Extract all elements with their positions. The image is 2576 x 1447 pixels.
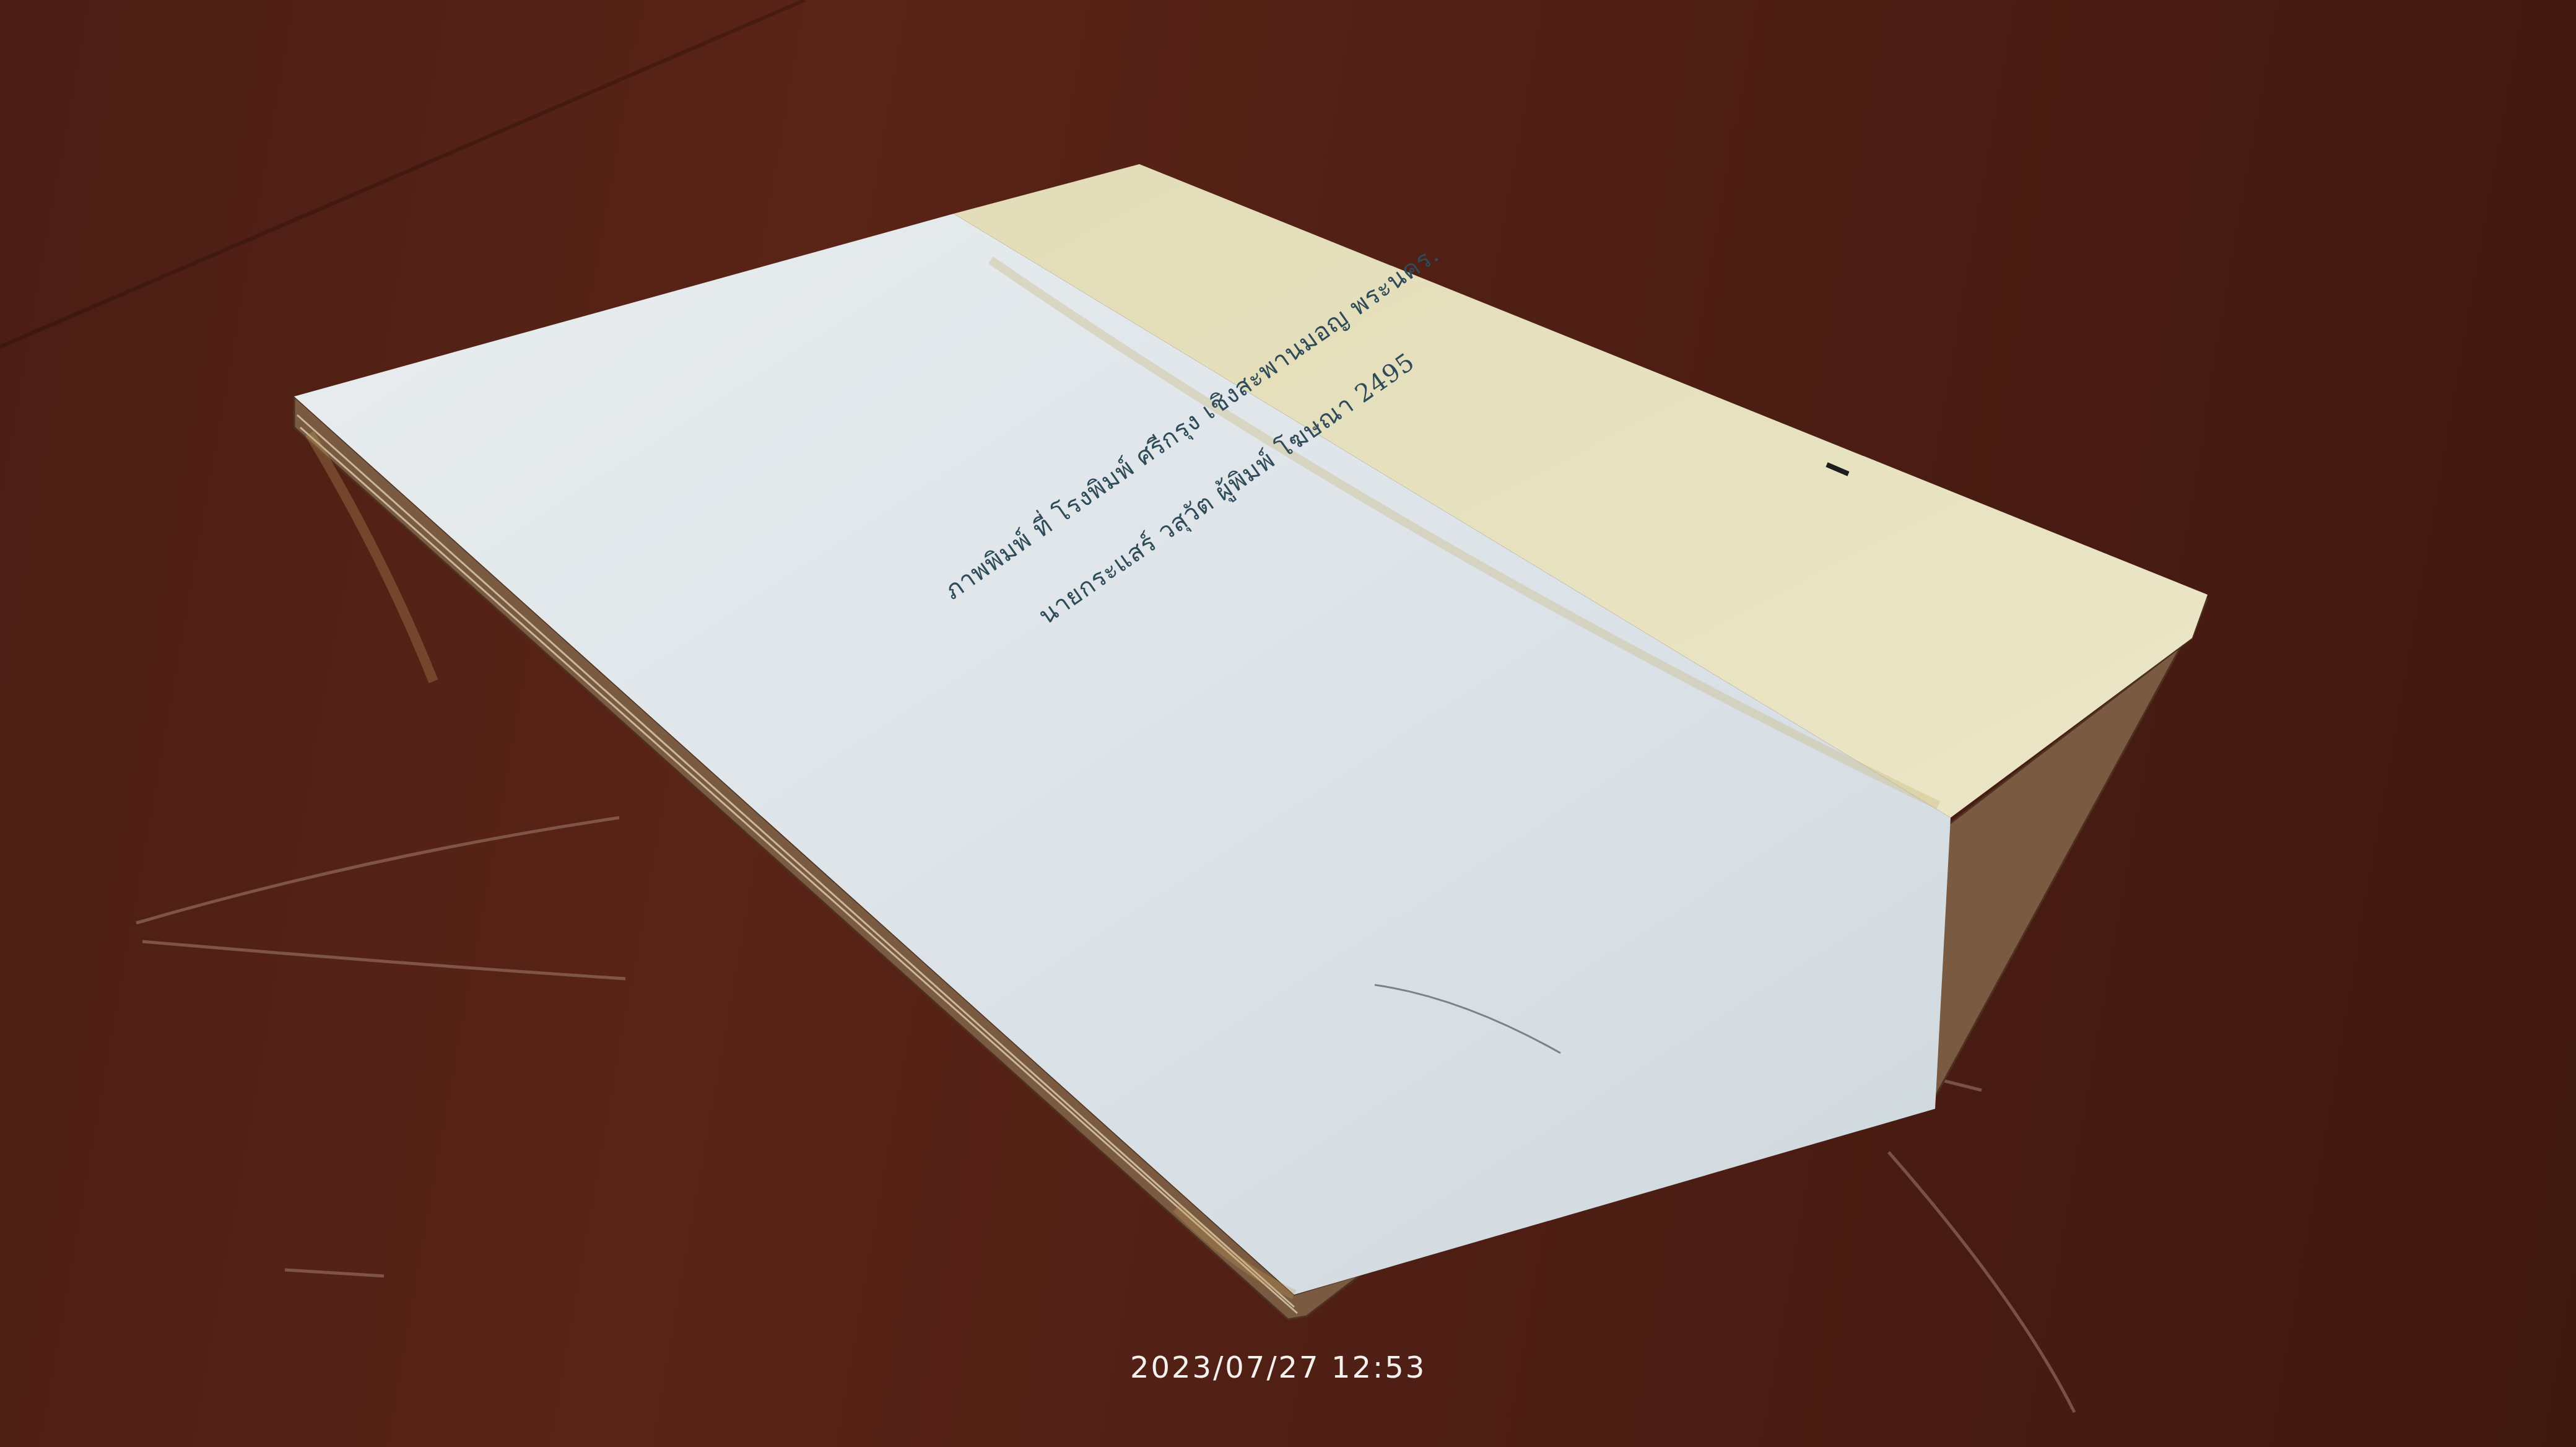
photo-scene: ภาพพิมพ์ ที่ โรงพิมพ์ ศรีกรุง เชิงสะพานม… [0, 0, 2576, 1447]
back-cover [294, 214, 1951, 1295]
camera-timestamp: 2023/07/27 12:53 [1130, 1350, 1426, 1385]
booklet-photo [0, 0, 2576, 1447]
